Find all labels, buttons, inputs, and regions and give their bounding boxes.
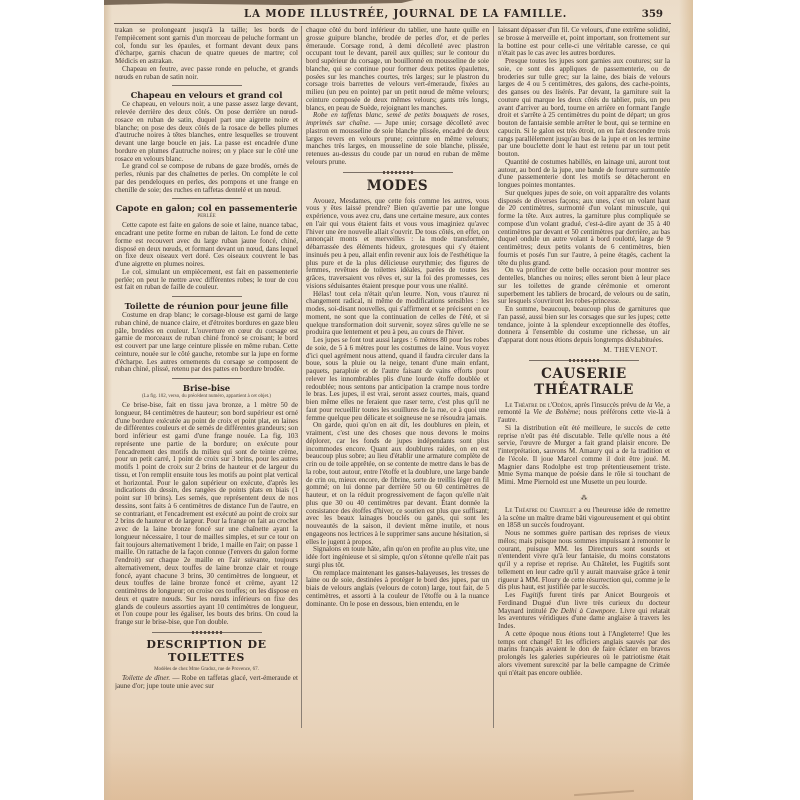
paragraph: Le Théatre du Chatelet a eu l'heureuse i…	[498, 507, 670, 530]
column-2: chaque côté du bord inférieur du tablier…	[306, 27, 489, 608]
paragraph: A cette époque nous étions tout à l'Angl…	[498, 631, 670, 678]
section-subtitle: Modèles de chez Mme Gradoz, rue de Prove…	[115, 667, 298, 673]
paragraph: Robe en taffetas blanc, semé de petits b…	[306, 112, 489, 166]
header-rule	[114, 23, 671, 24]
journal-title: LA MODE ILLUSTRÉE, JOURNAL DE LA FAMILLE…	[244, 8, 567, 21]
section-title: Toilette de réunion pour jeune fille	[115, 301, 298, 311]
paragraph: On remplace maintenant les ganses-balaye…	[306, 570, 489, 609]
paragraph: Chapeau en feutre, avec passe ronde en p…	[115, 66, 298, 82]
newspaper-page: LA MODE ILLUSTRÉE, JOURNAL DE LA FAMILLE…	[104, 0, 693, 800]
paragraph: On va profiter de cette belle occasion p…	[498, 267, 670, 306]
author-signature: M. THEVENOT.	[498, 347, 670, 355]
section-subtitle: (La fig. 102, verso, du précédent numéro…	[115, 394, 298, 400]
paragraph: laissant dépasser d'un fil. Ce velours, …	[498, 27, 670, 58]
paragraph: Quantité de costumes habillés, en lainag…	[498, 159, 670, 190]
column-3: laissant dépasser d'un fil. Ce velours, …	[498, 27, 670, 677]
paragraph: Cette capote est faite en galons de soie…	[115, 222, 298, 269]
section-rule	[172, 85, 242, 86]
paragraph: Le col, simulant un empiècement, est fai…	[115, 269, 298, 292]
paragraph: Presque toutes les jupes sont garnies au…	[498, 58, 670, 159]
paragraph: Le Théatre de l'Odéon, après l'insuccès …	[498, 402, 670, 425]
section-title: Brise-bise	[115, 383, 298, 393]
paragraph: On garde, quoi qu'on en ait dit, les dou…	[306, 422, 489, 546]
paragraph: Ce chapeau, en velours noir, a une passe…	[115, 101, 298, 163]
play-title: Vie de Bohème	[533, 408, 578, 416]
paper-right-edge	[679, 0, 693, 800]
paragraph: Avouez, Mesdames, que cette fois comme l…	[306, 198, 489, 291]
paragraph: Ce brise-bise, fait en tissu java bronze…	[115, 402, 298, 627]
asterism-divider: ⁂	[498, 493, 670, 503]
paragraph: Sur quelques jupes de soie, on voit appa…	[498, 190, 670, 268]
section-rule	[172, 378, 242, 379]
section-title: Capote en galon; col en passementerie	[115, 203, 298, 213]
ornament-rule	[343, 172, 453, 173]
paragraph: Nous ne sommes guère partisan des repris…	[498, 530, 670, 592]
section-title: CAUSERIE THÉATRALE	[498, 366, 670, 398]
section-title: DESCRIPTION DE TOILETTES	[115, 638, 298, 664]
section-subtitle: PERLÉE	[115, 214, 298, 220]
section-rule	[172, 198, 242, 199]
paragraph: En somme, beaucoup, beaucoup plus de gar…	[498, 306, 670, 345]
paragraph: Si la distribution eût été meilleure, le…	[498, 425, 670, 487]
section-title: MODES	[306, 178, 489, 194]
running-head: LA MODE ILLUSTRÉE, JOURNAL DE LA FAMILLE…	[104, 4, 693, 24]
paragraph: Le grand col se compose de rubans de gaz…	[115, 163, 298, 194]
section-title: Chapeau en velours et grand col	[115, 90, 298, 100]
page-number: 359	[642, 8, 663, 20]
paragraph: Costume en drap blanc; le corsage-blouse…	[115, 312, 298, 374]
ornament-rule	[529, 360, 639, 361]
paragraph: Les jupes se font tout aussi larges : 6 …	[306, 337, 489, 422]
column-1: trakan se prolongeant jusqu'à la taille;…	[115, 27, 298, 690]
ornament-rule	[152, 632, 262, 633]
paper-left-edge	[104, 0, 112, 800]
paragraph: chaque côté du bord inférieur du tablier…	[306, 27, 489, 112]
paragraph: Signalons en toute hâte, afin qu'on en p…	[306, 546, 489, 569]
paragraph: Hélas! tout cela n'était qu'un leurre. N…	[306, 291, 489, 338]
column-divider	[493, 26, 494, 728]
paragraph: Toilette de dîner. — Robe en taffetas gl…	[115, 675, 298, 691]
paragraph-text: — Jupe unie; corsage décolleté avec plas…	[306, 119, 489, 166]
paragraph: trakan se prolongeant jusqu'à la taille;…	[115, 27, 298, 66]
section-rule	[172, 296, 242, 297]
paragraph: Les Fugitifs furent tirés par Anicet Bou…	[498, 592, 670, 631]
column-divider	[301, 26, 302, 728]
